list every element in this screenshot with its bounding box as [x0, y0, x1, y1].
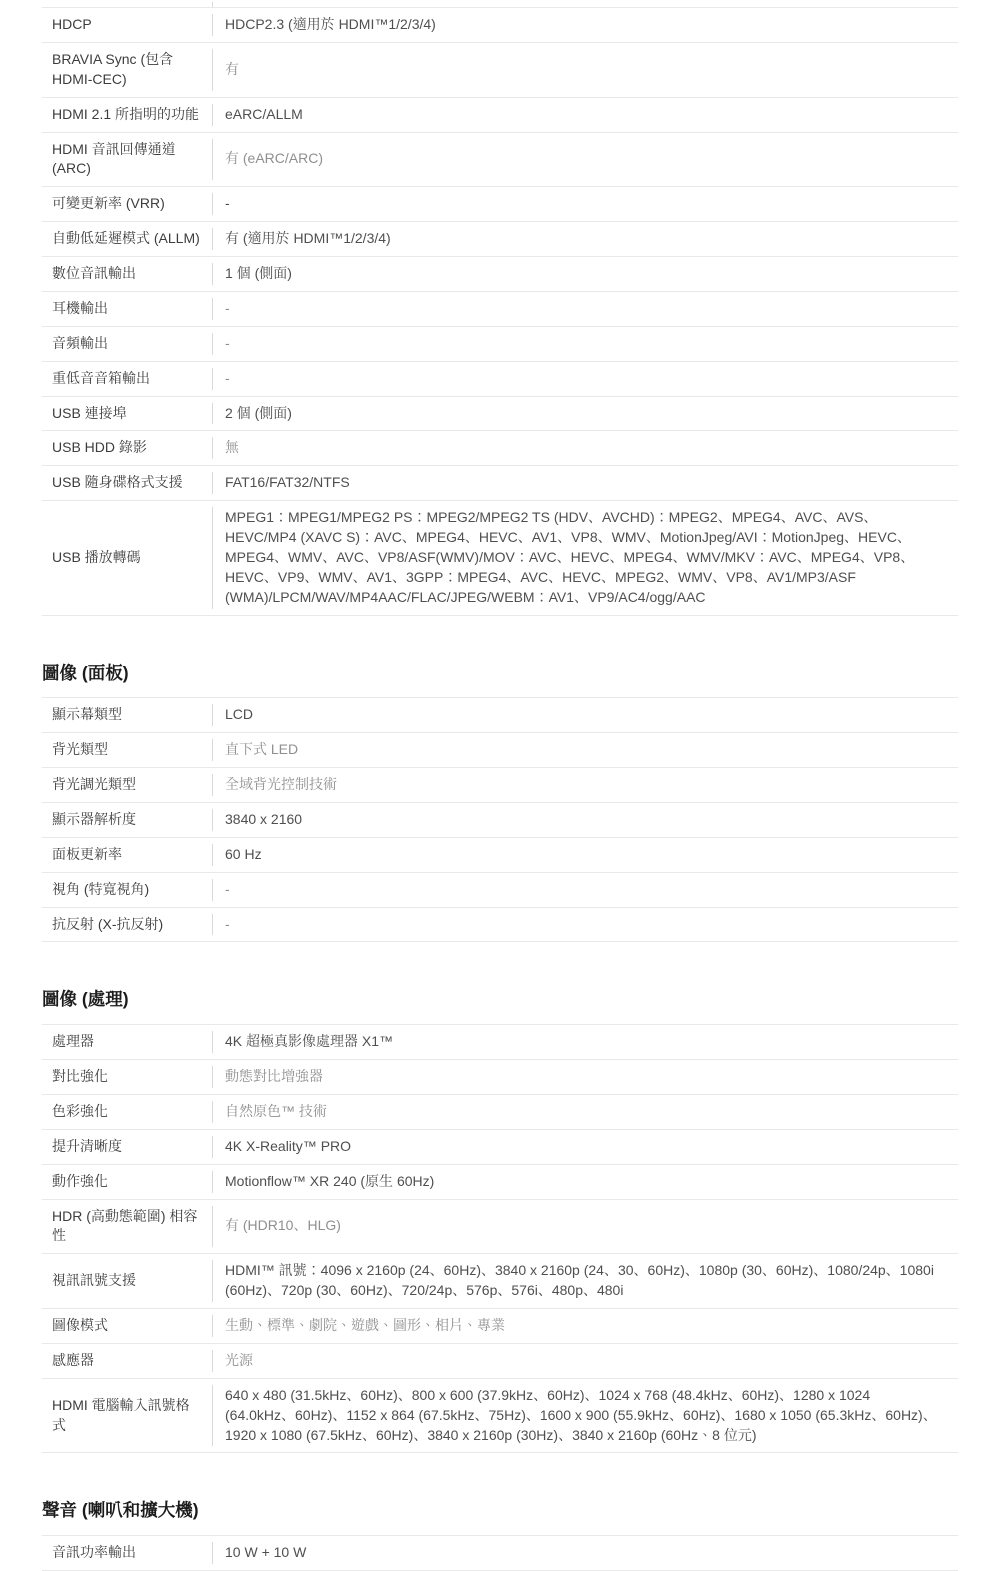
spec-row: HDCPHDCP2.3 (適用於 HDMI™1/2/3/4) — [42, 8, 958, 43]
spec-row-value: 有 (eARC/ARC) — [212, 133, 958, 187]
spec-row-value: - — [212, 362, 958, 396]
spec-row-label: 色彩強化 — [42, 1095, 212, 1129]
spec-row: 對比強化動態對比增強器 — [42, 1060, 958, 1095]
spec-row: 耳機輸出- — [42, 292, 958, 327]
spec-section: HDCPHDCP2.3 (適用於 HDMI™1/2/3/4)BRAVIA Syn… — [42, 0, 958, 616]
spec-row: BRAVIA Sync (包含 HDMI-CEC)有 — [42, 43, 958, 98]
spec-row-value: 640 x 480 (31.5kHz、60Hz)、800 x 600 (37.9… — [212, 1379, 958, 1453]
spec-row-value: LCD — [212, 698, 958, 732]
spec-row-value: 有 (適用於 HDMI™1/2/3/4) — [212, 222, 958, 256]
spec-row: HDR (高動態範圍) 相容性有 (HDR10、HLG) — [42, 1200, 958, 1255]
spec-row-label: 感應器 — [42, 1344, 212, 1378]
table-continuation-sliver — [42, 0, 958, 8]
spec-row-value: eARC/ALLM — [212, 98, 958, 132]
spec-row: USB HDD 錄影無 — [42, 431, 958, 466]
spec-row-value: - — [212, 873, 958, 907]
spec-row-label: 顯示幕類型 — [42, 698, 212, 732]
spec-row-value: - — [212, 187, 958, 221]
spec-row: 抗反射 (X-抗反射)- — [42, 908, 958, 943]
spec-row: 可變更新率 (VRR)- — [42, 187, 958, 222]
spec-row: 音訊功率輸出10 W + 10 W — [42, 1536, 958, 1571]
spec-row-value: 有 — [212, 43, 958, 97]
spec-row-label: 數位音訊輸出 — [42, 257, 212, 291]
spec-row-label: 可變更新率 (VRR) — [42, 187, 212, 221]
spec-row: HDMI 音訊回傳通道 (ARC)有 (eARC/ARC) — [42, 133, 958, 188]
section-title: 聲音 (喇叭和擴大機) — [42, 1499, 958, 1522]
spec-row-label: 視角 (特寬視角) — [42, 873, 212, 907]
spec-page: HDCPHDCP2.3 (適用於 HDMI™1/2/3/4)BRAVIA Syn… — [42, 0, 958, 1571]
spec-row-label: HDMI 2.1 所指明的功能 — [42, 98, 212, 132]
spec-row-label: 自動低延遲模式 (ALLM) — [42, 222, 212, 256]
spec-row-value: 1 個 (側面) — [212, 257, 958, 291]
spec-section: 圖像 (處理)處理器4K 超極真影像處理器 X1™對比強化動態對比增強器色彩強化… — [42, 988, 958, 1453]
spec-row-label: HDMI 電腦輸入訊號格式 — [42, 1389, 212, 1443]
spec-row-value: - — [212, 908, 958, 942]
spec-row: 背光類型直下式 LED — [42, 733, 958, 768]
spec-row-label: USB 連接埠 — [42, 397, 212, 431]
spec-row-value: Motionflow™ XR 240 (原生 60Hz) — [212, 1165, 958, 1199]
spec-row-label: 面板更新率 — [42, 838, 212, 872]
spec-row-value: HDMI™ 訊號：4096 x 2160p (24、60Hz)、3840 x 2… — [212, 1254, 958, 1308]
spec-row-value: 全域背光控制技術 — [212, 768, 958, 802]
spec-row: 動作強化Motionflow™ XR 240 (原生 60Hz) — [42, 1165, 958, 1200]
spec-row: 處理器4K 超極真影像處理器 X1™ — [42, 1025, 958, 1060]
spec-row-label: 處理器 — [42, 1025, 212, 1059]
spec-row-label: 顯示器解析度 — [42, 803, 212, 837]
spec-row-value: 無 — [212, 431, 958, 465]
spec-row: 音頻輸出- — [42, 327, 958, 362]
spec-row-label: 背光調光類型 — [42, 768, 212, 802]
spec-row-value: HDCP2.3 (適用於 HDMI™1/2/3/4) — [212, 8, 958, 42]
spec-row-label: BRAVIA Sync (包含 HDMI-CEC) — [42, 43, 212, 97]
spec-row-value: 10 W + 10 W — [212, 1536, 958, 1570]
spec-row-label: 耳機輸出 — [42, 292, 212, 326]
spec-row: 自動低延遲模式 (ALLM)有 (適用於 HDMI™1/2/3/4) — [42, 222, 958, 257]
spec-row: 視訊訊號支援HDMI™ 訊號：4096 x 2160p (24、60Hz)、38… — [42, 1254, 958, 1309]
spec-row-label: 對比強化 — [42, 1060, 212, 1094]
spec-row: USB 播放轉碼MPEG1：MPEG1/MPEG2 PS：MPEG2/MPEG2… — [42, 501, 958, 615]
spec-row: 數位音訊輸出1 個 (側面) — [42, 257, 958, 292]
spec-row-label: USB 播放轉碼 — [42, 541, 212, 575]
spec-row-value: - — [212, 327, 958, 361]
spec-row-label: HDCP — [42, 8, 212, 42]
spec-table: 處理器4K 超極真影像處理器 X1™對比強化動態對比增強器色彩強化自然原色™ 技… — [42, 1024, 958, 1453]
spec-row-value: 生動、標準、劇院、遊戲、圖形、相片、專業 — [212, 1309, 958, 1343]
spec-row-label: 音頻輸出 — [42, 327, 212, 361]
spec-row: HDMI 2.1 所指明的功能eARC/ALLM — [42, 98, 958, 133]
spec-row-label: USB 隨身碟格式支援 — [42, 466, 212, 500]
spec-row-value: 自然原色™ 技術 — [212, 1095, 958, 1129]
spec-row: 顯示器解析度3840 x 2160 — [42, 803, 958, 838]
spec-row: USB 連接埠2 個 (側面) — [42, 397, 958, 432]
section-title: 圖像 (處理) — [42, 988, 958, 1011]
spec-row-value: FAT16/FAT32/NTFS — [212, 466, 958, 500]
section-title: 圖像 (面板) — [42, 662, 958, 685]
spec-sections: HDCPHDCP2.3 (適用於 HDMI™1/2/3/4)BRAVIA Syn… — [42, 0, 958, 1571]
spec-row-label: 動作強化 — [42, 1165, 212, 1199]
spec-row: 重低音音箱輸出- — [42, 362, 958, 397]
spec-row-value: 光源 — [212, 1344, 958, 1378]
spec-row-label: HDMI 音訊回傳通道 (ARC) — [42, 133, 212, 187]
spec-row-value: - — [212, 292, 958, 326]
spec-row: 色彩強化自然原色™ 技術 — [42, 1095, 958, 1130]
spec-row-label: 抗反射 (X-抗反射) — [42, 908, 212, 942]
spec-row: 背光調光類型全域背光控制技術 — [42, 768, 958, 803]
spec-row-label: HDR (高動態範圍) 相容性 — [42, 1200, 212, 1254]
spec-row-label: 圖像模式 — [42, 1309, 212, 1343]
spec-row-label: 音訊功率輸出 — [42, 1536, 212, 1570]
spec-row: 顯示幕類型LCD — [42, 698, 958, 733]
spec-table: HDCPHDCP2.3 (適用於 HDMI™1/2/3/4)BRAVIA Syn… — [42, 0, 958, 616]
spec-section: 聲音 (喇叭和擴大機)音訊功率輸出10 W + 10 W — [42, 1499, 958, 1571]
spec-row: HDMI 電腦輸入訊號格式640 x 480 (31.5kHz、60Hz)、80… — [42, 1379, 958, 1454]
spec-row: USB 隨身碟格式支援FAT16/FAT32/NTFS — [42, 466, 958, 501]
spec-row-label: 視訊訊號支援 — [42, 1264, 212, 1298]
spec-row-value: 4K X-Reality™ PRO — [212, 1130, 958, 1164]
spec-row-value: 3840 x 2160 — [212, 803, 958, 837]
spec-row-value: MPEG1：MPEG1/MPEG2 PS：MPEG2/MPEG2 TS (HDV… — [212, 501, 958, 614]
spec-section: 圖像 (面板)顯示幕類型LCD背光類型直下式 LED背光調光類型全域背光控制技術… — [42, 662, 958, 943]
spec-row: 提升清晰度4K X-Reality™ PRO — [42, 1130, 958, 1165]
spec-table: 顯示幕類型LCD背光類型直下式 LED背光調光類型全域背光控制技術顯示器解析度3… — [42, 697, 958, 942]
spec-table: 音訊功率輸出10 W + 10 W — [42, 1535, 958, 1571]
spec-row: 面板更新率60 Hz — [42, 838, 958, 873]
spec-row-value: 直下式 LED — [212, 733, 958, 767]
spec-row-value: 有 (HDR10、HLG) — [212, 1200, 958, 1254]
spec-row: 感應器光源 — [42, 1344, 958, 1379]
spec-row-label: 重低音音箱輸出 — [42, 362, 212, 396]
spec-row-value: 4K 超極真影像處理器 X1™ — [212, 1025, 958, 1059]
spec-row-label: USB HDD 錄影 — [42, 431, 212, 465]
spec-row-value: 2 個 (側面) — [212, 397, 958, 431]
spec-row: 視角 (特寬視角)- — [42, 873, 958, 908]
spec-row-label: 提升清晰度 — [42, 1130, 212, 1164]
spec-row-value: 動態對比增強器 — [212, 1060, 958, 1094]
spec-row-label: 背光類型 — [42, 733, 212, 767]
spec-row-value: 60 Hz — [212, 838, 958, 872]
spec-row: 圖像模式生動、標準、劇院、遊戲、圖形、相片、專業 — [42, 1309, 958, 1344]
